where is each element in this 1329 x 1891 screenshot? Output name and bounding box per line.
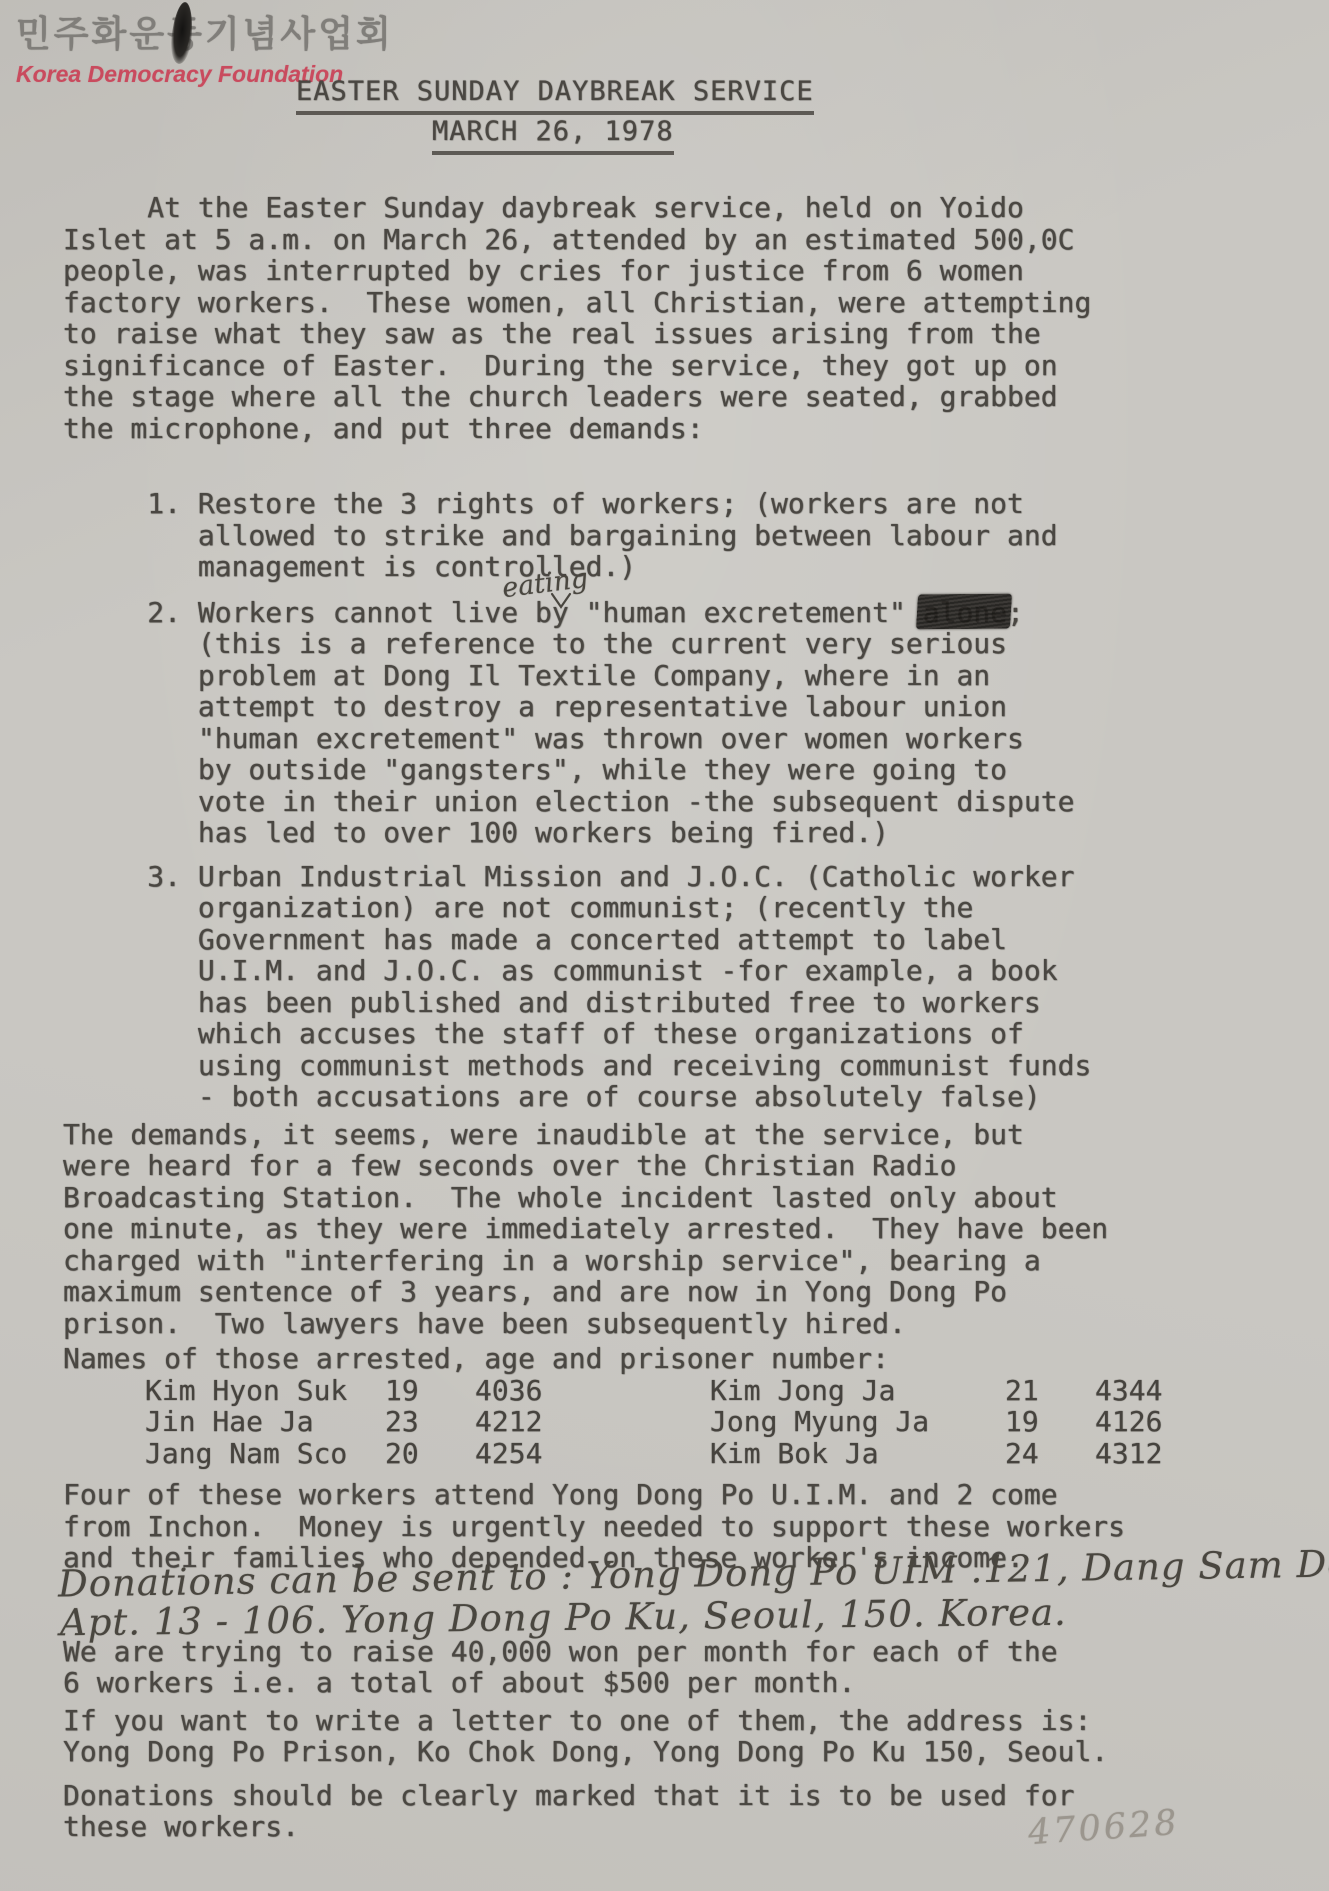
prisoner-number: 4036 — [475, 1375, 710, 1407]
prisoner-age: 24 — [1005, 1438, 1095, 1470]
fundraising-paragraph: We are trying to raise 40,000 won per mo… — [63, 1636, 1263, 1699]
prisoner-age: 20 — [385, 1438, 475, 1470]
aftermath-paragraph: The demands, it seems, were inaudible at… — [63, 1119, 1263, 1340]
prisoner-name: Kim Bok Ja — [710, 1438, 1005, 1470]
prisoner-number: 4126 — [1095, 1406, 1205, 1438]
scanned-document-page: 민주화운동기념사업회 Korea Democracy Foundation EA… — [0, 0, 1329, 1891]
caret-mark-icon — [550, 592, 572, 614]
prisoner-number: 4344 — [1095, 1375, 1205, 1407]
prisoner-number: 4254 — [475, 1438, 710, 1470]
demand-2-body: (this is a reference to the current very… — [63, 628, 1263, 849]
prisoner-number: 4212 — [475, 1406, 710, 1438]
prisoner-age: 19 — [1005, 1406, 1095, 1438]
letter-paragraph: If you want to write a letter to one of … — [63, 1705, 1263, 1768]
document-title: EASTER SUNDAY DAYBREAK SERVICE — [296, 76, 814, 115]
prisoner-age: 21 — [1005, 1375, 1095, 1407]
demand-2-prefix: 2. Workers cannot live by "human excrete… — [63, 596, 923, 629]
intro-paragraph: At the Easter Sunday daybreak service, h… — [63, 192, 1263, 444]
demand-2-first-line: 2. Workers cannot live by "human excrete… — [63, 597, 1263, 629]
prisoner-age: 23 — [385, 1406, 475, 1438]
names-heading: Names of those arrested, age and prisone… — [63, 1343, 1263, 1375]
prisoner-name: Jang Nam Sco — [145, 1438, 385, 1470]
prisoner-name: Jin Hae Ja — [145, 1406, 385, 1438]
document-date: MARCH 26, 1978 — [432, 116, 674, 155]
demand-1: 1. Restore the 3 rights of workers; (wor… — [63, 488, 1263, 583]
prisoner-name: Kim Hyon Suk — [145, 1375, 385, 1407]
prisoner-name: Kim Jong Ja — [710, 1375, 1005, 1407]
prisoner-name: Jong Myung Ja — [710, 1406, 1005, 1438]
prisoners-table: Kim Hyon Suk 19 4036 Kim Jong Ja 21 4344… — [145, 1375, 1263, 1470]
demand-2: 2. Workers cannot live by "human excrete… — [63, 597, 1263, 849]
redacted-word: alone — [923, 596, 1007, 629]
prisoner-age: 19 — [385, 1375, 475, 1407]
prisoner-number: 4312 — [1095, 1438, 1205, 1470]
demand-3: 3. Urban Industrial Mission and J.O.C. (… — [63, 861, 1263, 1113]
logo-korean-text: 민주화운동기념사업회 — [16, 6, 394, 57]
